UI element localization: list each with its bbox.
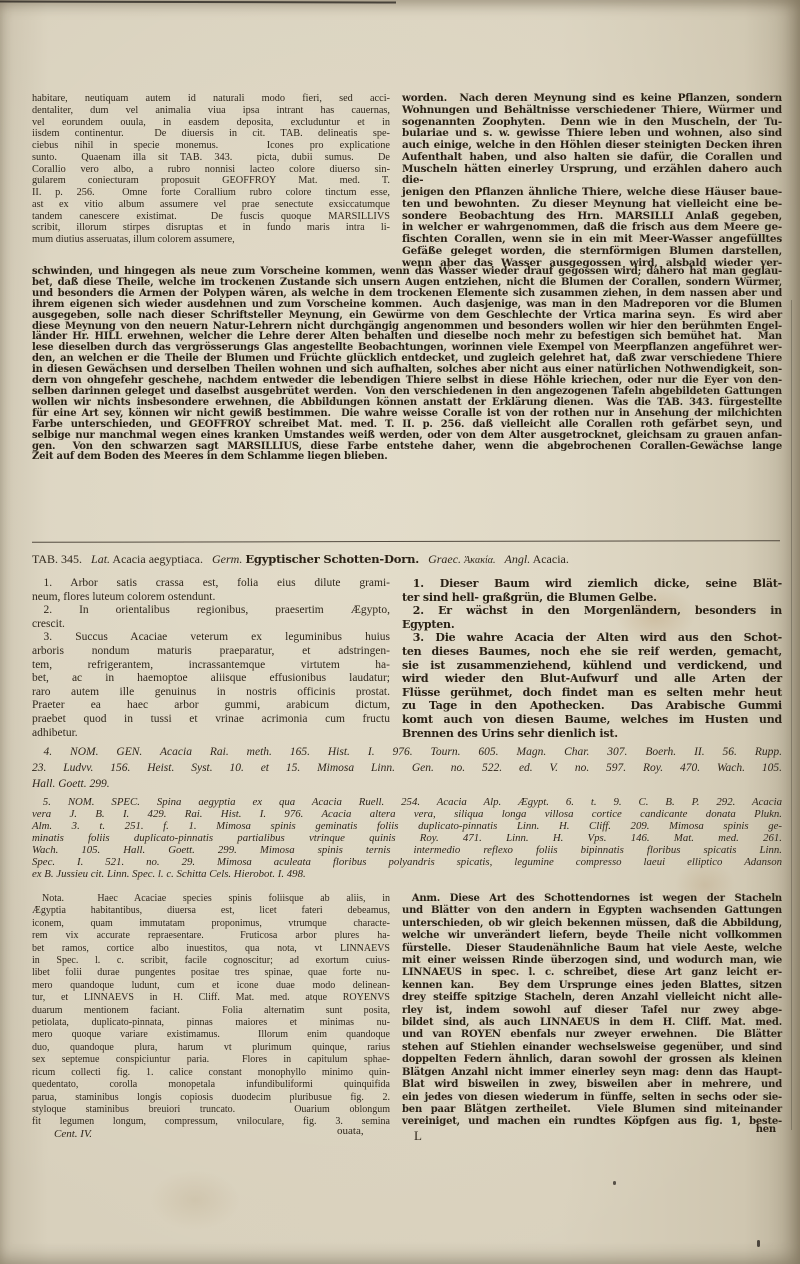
text-line: und Blätter von den andern in Egypten wa… [402,905,782,917]
note-latin: Nota. Haec Acaciae species spinis foliis… [32,893,390,1129]
text-line: ter sind hell- graßgrün, die Blumen Gelb… [402,591,782,605]
text-line: scribit, illorum stirpes disruptas et in… [32,222,390,234]
text-line: stehen auf Stiehlen einander wechselswei… [402,1042,782,1054]
text-line: ten dieses Baumes, noch ehe sie reif wer… [402,645,782,659]
text-line: fürstelle. Dieser Staudenähnliche Baum h… [402,943,782,955]
plate-number: TAB. 345. [32,552,82,566]
text-line: ciebus nihil in specie monemus. Icones p… [32,140,390,152]
description-german: 1. Dieser Baum wird ziemlich dicke, sein… [402,577,782,740]
description-latin: 1. Arbor satis crassa est, folia eius di… [32,577,390,740]
text-line: praebet quod in tussi et vrinae acrimoni… [32,713,390,727]
text-line: neum, flores luteum colorem ostendunt. [32,591,390,605]
text-line: parua, staminibus longis copiosis duodec… [32,1092,390,1104]
nomenclature-genus: 4. NOM. GEN. Acacia Rai. meth. 165. Hist… [32,744,782,792]
text-line: Nota. Haec Acaciae species spinis foliis… [32,893,390,905]
text-line: Flüsse gerühmet, doch findet man es selt… [402,686,782,700]
scan-artifact-ink-mark-1 [613,1181,616,1185]
text-line: dentaliter, dum vel animalia viua ipsa i… [32,105,390,117]
text-line: Ægyptia habitantibus, diuersa est, licet… [32,905,390,917]
text-line: Hall. Goett. 299. [32,776,782,792]
text-line: vereiniget, und machen ein rundtes Köpfg… [402,1116,782,1128]
text-line: unterschieden, ob wir gleich bekennen mü… [402,918,782,930]
plate-heading: TAB. 345. Lat. Acacia aegyptiaca. Germ. … [32,552,782,567]
german-name-label: Germ. [212,552,242,566]
text-line: ben paar Blätgen zertheilet. Viele Blume… [402,1104,782,1116]
text-line: vel eorundem ouula, in easdem deposita, … [32,117,390,129]
text-line: II. p. 256. Omne forte Corallium rubro c… [32,187,390,199]
text-line: Egypten. [402,618,782,632]
text-line: welche wir unverändert liefern, beyde Th… [402,930,782,942]
german-column-paragraph: worden. Nach deren Meynung sind es keine… [402,93,782,269]
english-name-label: Angl. [505,552,531,566]
text-line: Zeit auf dem Boden des Meeres in dem Sch… [32,452,782,463]
text-line: rem vix accurate repraesentare. Fruticos… [32,930,390,942]
text-line: mum diutius asseruatas, illum colorem as… [32,234,390,246]
signature-mark: Cent. IV. [54,1128,92,1140]
text-line: Anm. Diese Art des Schottendornes ist we… [402,893,782,905]
gathering-letter: L [414,1128,422,1144]
text-line: Gefäße geleget worden, die sternförmigen… [402,246,782,258]
text-line: 2. Er wächst in den Morgenländern, beson… [402,604,782,618]
text-line: duarum mentionem faciant. Folia alternat… [32,1005,390,1017]
text-line: sie ist zusammenziehend, kühlend und ver… [402,659,782,673]
text-line: Aufenthalt haben, und also halten sie da… [402,152,782,164]
text-line: bildet sind, als auch LINNAEUS in dem H.… [402,1017,782,1029]
text-line: Alm. 3. t. 251. f. 1. Mimosa spinis gemi… [32,820,782,832]
text-line: iisdem continentur. De diuersis in cit. … [32,128,390,140]
text-line: arboris nondum maturis praeparatur, et a… [32,645,390,659]
text-line: ricum collecti fig. 1. calice constant m… [32,1067,390,1079]
text-line: 1. Arbor satis crassa est, folia eius di… [32,577,390,591]
text-line: vera J. B. I. 429. Rai. Hist. I. 976. Ac… [32,808,782,820]
text-line: doppelten Federn ähnlich, daran sowohl d… [402,1054,782,1066]
text-line: tandem canescere existimat. De fuscis qu… [32,211,390,223]
text-line: tur, et LINNAEVS in H. Cliff. Mat. med. … [32,992,390,1004]
top-text-section: habitare, neutiquam autem id naturali mo… [32,93,782,269]
text-line: 5. NOM. SPEC. Spina aegyptia ex qua Acac… [32,796,782,808]
text-line: in Spec. l. c. scribit, facile cognoscit… [32,955,390,967]
text-line: ausgegeben, solle nach dieser Schriftste… [32,311,782,322]
text-line: fischten Corallen, wenn sie in ein mit M… [402,234,782,246]
note-german: Anm. Diese Art des Schottendornes ist we… [402,893,782,1129]
description-section: 1. Arbor satis crassa est, folia eius di… [32,577,782,740]
text-line: drey steiffe spitzige Stacheln, deren An… [402,992,782,1004]
nomenclature-species: 5. NOM. SPEC. Spina aegyptia ex qua Acac… [32,796,782,880]
text-line: ein jedes von diesen wiederum in fünffe,… [402,1092,782,1104]
text-line: und van ROYEN ebenfals nur zweyer erwehn… [402,1029,782,1041]
paper-stain [150,1170,240,1230]
text-line: 3. Succus Acaciae veterum ex leguminibus… [32,631,390,645]
text-line: Blätgen Anzahl nicht immer einerley seyn… [402,1067,782,1079]
text-line: sex septemue conspiciuntur paria. Flores… [32,1054,390,1066]
text-line: adhibetur. [32,727,390,741]
notes-section: Nota. Haec Acaciae species spinis foliis… [32,893,782,1129]
german-name: Egyptischer Schotten-Dorn. [245,552,419,566]
text-line: sunto. Quaenam illa sit TAB. 343. picta,… [32,152,390,164]
text-line: iconem, quam immutatam proponimus, vtrum… [32,918,390,930]
text-line: 23. Ludvv. 156. Heist. Syst. 10. et 15. … [32,760,782,776]
text-line: 4. NOM. GEN. Acacia Rai. meth. 165. Hist… [32,744,782,760]
text-line: zu Tage in den Apothecken. Das Arabische… [402,699,782,713]
text-line: Farbe unterschieden, und GEOFFROY schrei… [32,420,782,431]
text-line: Wach. 105. Hall. Goett. 299. Mimosa spin… [32,844,782,856]
text-line: tem, refrigerantem, incrassantemque virt… [32,659,390,673]
text-line: Blat wird bisweilen in zwey, bisweilen a… [402,1079,782,1091]
scan-artifact-top-edge [0,0,396,3]
text-line: raro autem ille genuinus in nostris offi… [32,686,390,700]
text-line: 3. Die wahre Acacia der Alten wird aus d… [402,631,782,645]
text-line: LINNAEUS in spec. l. c. schreibet, diese… [402,967,782,979]
english-name: Acacia. [533,552,569,566]
text-line: 1. Dieser Baum wird ziemlich dicke, sein… [402,577,782,591]
text-line: Brennen des Urins sehr dienlich ist. [402,727,782,741]
text-line: rley ist, indem sowohl auf dieser Tafel … [402,1005,782,1017]
text-line: bet, ac in haemoptoe aliisque effusionib… [32,672,390,686]
latin-column-paragraph: habitare, neutiquam autem id naturali mo… [32,93,390,269]
german-full-width-paragraph: schwinden, und hingegen als neue zum Vor… [32,267,782,463]
greek-name-label: Graec. [428,552,461,566]
text-line: auch einige, welche in den Höhlen dieser… [402,140,782,152]
text-line: duo, quandoque plura, harum vt plurimum … [32,1042,390,1054]
text-line: Muscheln hätten einerley Ursprung, und e… [402,164,782,188]
text-line: crescit. [32,618,390,632]
text-line: bet ramos, cortice albo inuestitos, qua … [32,943,390,955]
text-line: ihrem eigenen sich wieder ausdehnen und … [32,300,782,311]
text-line: libet folii durae pungentes positae tres… [32,967,390,979]
text-line: wird wieder den Blut-Aufwurf und alle Ar… [402,672,782,686]
text-line: minatis foliis duplicato-pinnatis partia… [32,832,782,844]
text-line: Wohnungen und Behältnisse verschiedener … [402,105,782,117]
text-line: komt auch von diesen Baume, welches im H… [402,713,782,727]
catchword-latin: ouata, [337,1125,364,1137]
text-line: jenigen den Pflanzen ähnliche Thiere, we… [402,187,782,199]
text-line: ex B. Jussieu cit. Linn. Spec. l. c. Sch… [32,868,782,880]
catchword-german: hen [756,1124,776,1135]
text-line: quedentato, corolla monopetala infundibu… [32,1079,390,1091]
latin-name-label: Lat. [91,552,110,566]
text-line: ast ex vitio album assumere vel prae sen… [32,199,390,211]
text-line: selbige nur manchmal wegen eines kranken… [32,431,782,442]
text-line: styloque staminibus breuiori truncato. O… [32,1104,390,1116]
text-line: Spec. I. 521. no. 29. Mimosa aculeata fl… [32,856,782,868]
scan-artifact-ink-mark-2 [757,1240,760,1247]
text-line: Praeter ea haec arbor gummi, arabicum di… [32,699,390,713]
text-line: ten und bewohnten. Zu dieser Meynung hat… [402,199,782,211]
text-line: mero quandoque ludunt, cum et icone duae… [32,980,390,992]
page-footer: Cent. IV. ouata, L hen [32,1128,782,1146]
text-line: petiolata, duplicato-pinnata, pinnas mai… [32,1017,390,1029]
text-line: mero quoque variare existimamus. Illorum… [32,1029,390,1041]
text-line: worden. Nach deren Meynung sind es keine… [402,93,782,105]
scan-artifact-right-fold [791,300,792,1130]
text-line: kennen kan. Bey dem Ursprunge eines jede… [402,980,782,992]
greek-name: Ἀκακία. [464,555,495,566]
text-line: mit einer weissen Rinde überzogen sind, … [402,955,782,967]
scanned-book-page: habitare, neutiquam autem id naturali mo… [0,0,800,1264]
section-divider-rule [32,540,780,543]
text-line: habitare, neutiquam autem id naturali mo… [32,93,390,105]
text-line: 2. In orientalibus regionibus, praeserti… [32,604,390,618]
text-line: gularem coniecturam proposuit GEOFFROY M… [32,175,390,187]
latin-name: Acacia aegyptiaca. [112,552,203,566]
text-line: Corallio vero albo, a rubro nonnisi lact… [32,164,390,176]
